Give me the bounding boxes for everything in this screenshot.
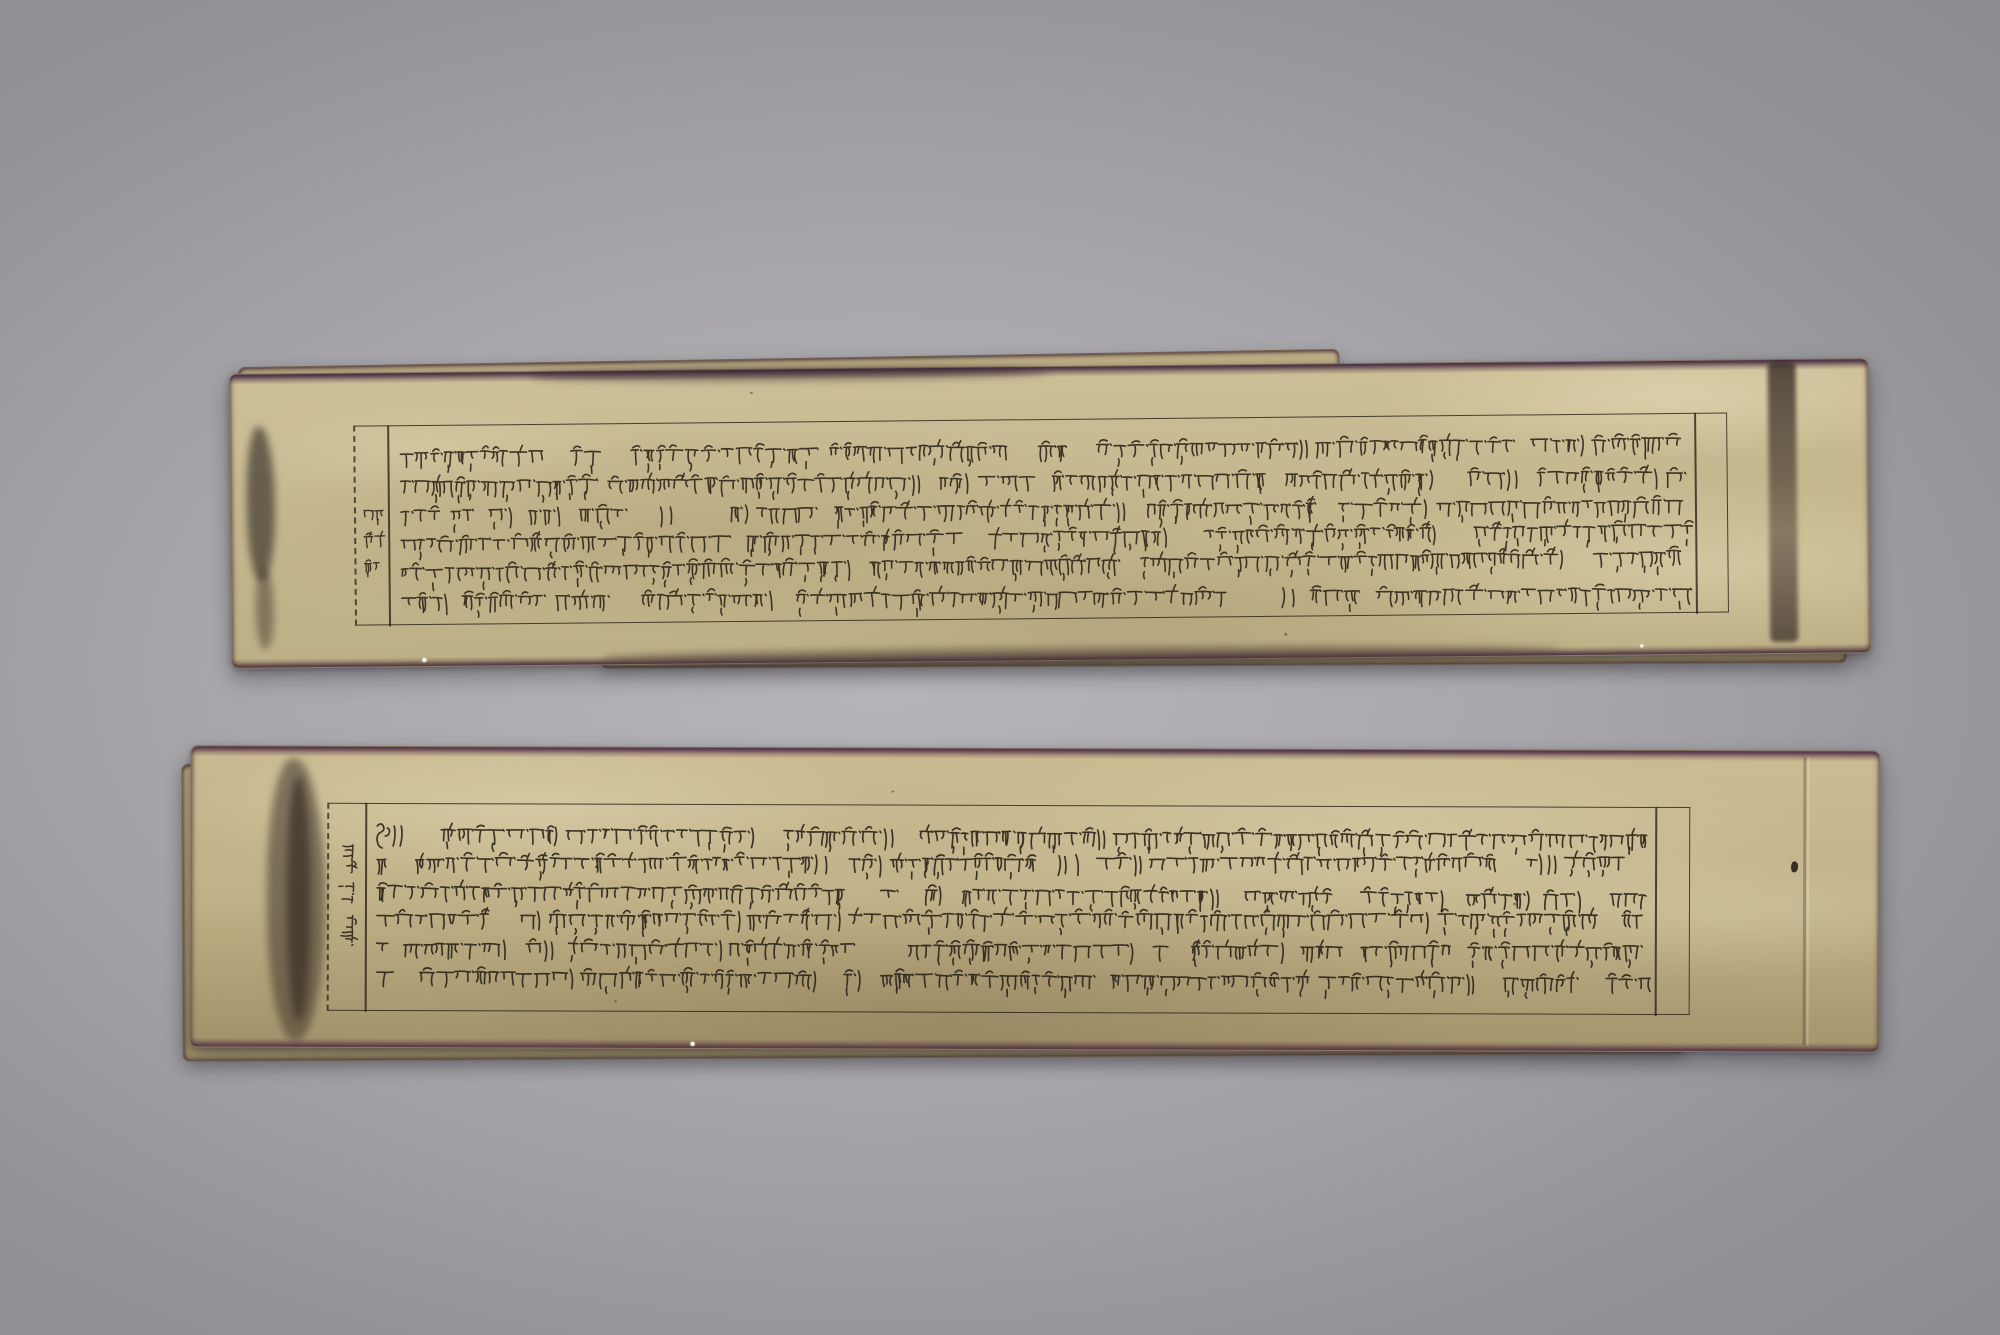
paper-fleck xyxy=(750,392,753,394)
upper-left-edge-ink-smear-2 xyxy=(256,569,275,649)
lower-left-stain-band xyxy=(267,759,326,1041)
upper-left-edge-ink-smear xyxy=(246,426,275,581)
white-speck xyxy=(1640,644,1643,647)
paper-fleck xyxy=(615,1000,617,1003)
photograph-background xyxy=(0,0,2000,1335)
white-speck xyxy=(691,1042,695,1046)
paper-fleck xyxy=(891,791,894,793)
lower-left-stain-core xyxy=(287,777,312,1021)
paper-fleck xyxy=(1284,633,1287,636)
lower-ink-blot xyxy=(1791,861,1798,872)
lower-right-crease-highlight xyxy=(1807,757,1810,1045)
upper-text-frame xyxy=(353,412,1729,625)
lower-text-frame xyxy=(327,803,1691,1015)
upper-right-ink-band xyxy=(1768,362,1799,642)
upper-folio xyxy=(229,358,1872,669)
lower-folio xyxy=(190,745,1881,1052)
lower-right-crease xyxy=(1803,757,1807,1045)
white-speck xyxy=(422,658,426,662)
lower-top-edge-stain xyxy=(191,746,1879,761)
paper-fleck xyxy=(1513,903,1516,906)
